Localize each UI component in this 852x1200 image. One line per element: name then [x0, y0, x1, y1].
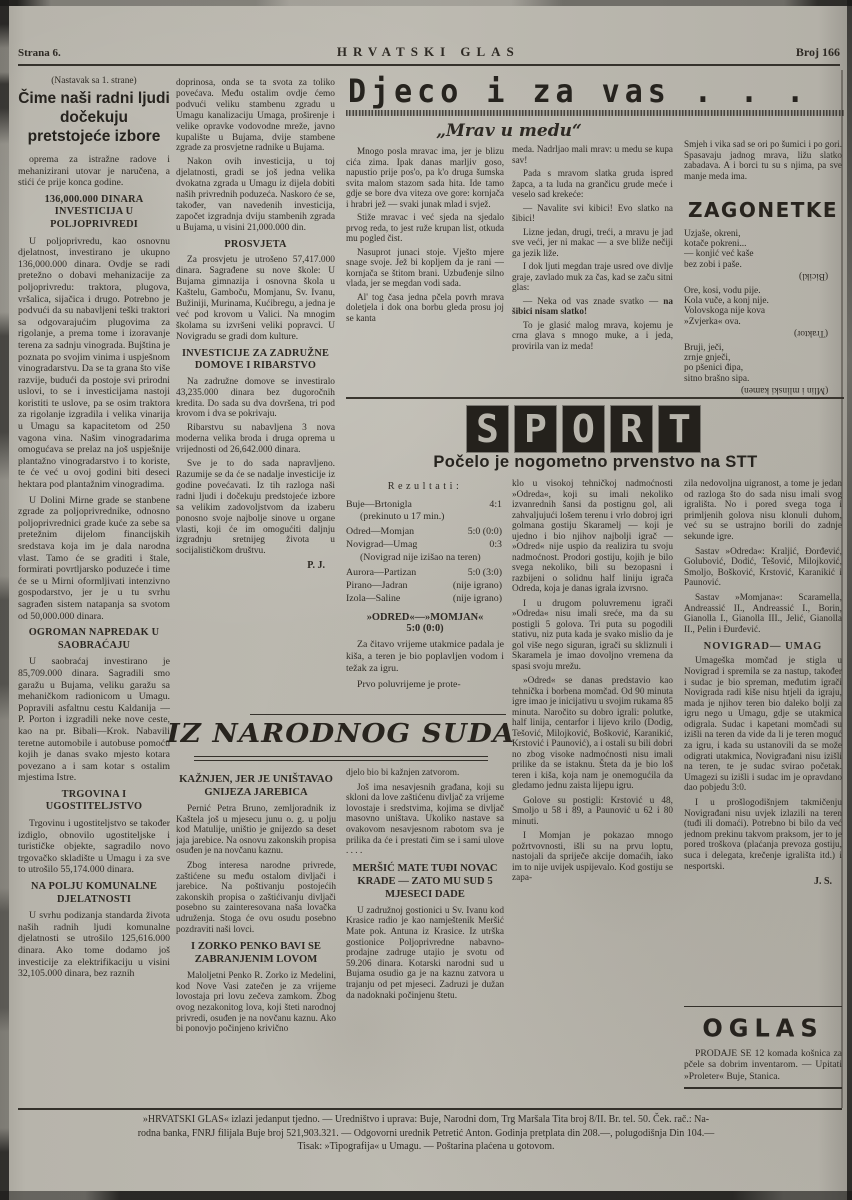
classified-ad: OGLAS PRODAJE SE 12 komada košnica za pč… [684, 1006, 842, 1089]
header-rule [18, 64, 840, 66]
paragraph: Golove su postigli: Krstović u 48, Smolj… [512, 796, 673, 828]
match-score: 5:0 (0:0) [468, 525, 502, 538]
result-row: Odred—Momjan5:0 (0:0) [346, 525, 504, 538]
match-report-score: 5:0 (0:0) [346, 623, 504, 634]
ad-title: OGLAS [684, 1013, 842, 1042]
imprint-line: Tisak: »Tipografija« u Umagu. — Poštarin… [26, 1140, 826, 1154]
paragraph: Trgovinu i ugostiteljstvo se također izd… [18, 818, 170, 876]
scan-edge-top [0, 0, 852, 6]
paragraph: »Odred« se danas predstavio kao tehnička… [512, 676, 673, 792]
riddles-title: ZAGONETKE [684, 198, 842, 222]
title-underline [194, 756, 488, 761]
page-header: Strana 6. HRVATSKI GLAS Broj 166 [18, 44, 840, 60]
riddle-bicikl: Uzjaše, okreni, kotače pokreni... — konj… [684, 229, 842, 281]
riddle-answer-upside-down: (Bicikl) [799, 271, 828, 281]
match-name: Izola—Saline [346, 592, 400, 605]
subheading-saobracaj: OGROMAN NAPREDAK U SAOBRAĆAJU [20, 627, 168, 652]
section-title-djeco: Djeco i za vas . . . [348, 73, 844, 111]
verse: — Navalite svi kibici! Evo slatko na šib… [512, 203, 673, 224]
riddle-line: Bruji, ječi, [684, 343, 842, 353]
riddles-section: ZAGONETKE Uzjaše, okreni, kotače pokreni… [684, 198, 842, 400]
paragraph: Zbog interesa narodne privrede, zaštićen… [176, 861, 336, 935]
verse: Lizne jedan, drugi, treći, a mravu je ja… [512, 227, 673, 259]
continued-note: (Nastavak sa 1. strane) [18, 76, 170, 86]
subheading-jarebice: KAŽNJEN, JER JE UNIŠTAVAO GNIJEZA JAREBI… [176, 773, 336, 799]
story-col3: Smjeh i vika sad se ori po šumici i po g… [684, 139, 842, 184]
sport-letter-box: P [515, 406, 556, 452]
article-elections-col2: doprinosa, onda se ta svota za toliko po… [176, 78, 335, 716]
page-number: Strana 6. [18, 47, 61, 59]
story-col2: meda. Nadrljao mali mrav: u medu se kupa… [512, 144, 673, 396]
result-row: Pirano—Jadran(nije igrano) [346, 579, 504, 592]
newspaper-page: Strana 6. HRVATSKI GLAS Broj 166 (Nastav… [0, 0, 852, 1200]
match-report-title: »ODRED«—»MOMJAN« [346, 612, 504, 623]
article-elections-col1: (Nastavak sa 1. strane) Čime naši radni … [18, 76, 170, 1108]
subheading-novigrad-umag: NOVIGRAD— UMAG [684, 641, 842, 652]
match-score: 4:1 [489, 498, 502, 511]
court-col1: KAŽNJEN, JER JE UNIŠTAVAO GNIJEZA JAREBI… [176, 768, 336, 1108]
author-signature: P. J. [176, 560, 335, 571]
subheading-trgovina: TRGOVINA I UGOSTITELJSTVO [20, 789, 168, 814]
author-signature: J. S. [684, 876, 842, 887]
match-name: Pirano—Jadran [346, 579, 407, 592]
match-score: (nije igrano) [453, 592, 502, 605]
match-score: 5:0 (3:0) [468, 566, 502, 579]
paragraph: Na zadružne domove se investiralo 43,235… [176, 377, 335, 421]
paragraph: doprinosa, onda se ta svota za toliko po… [176, 78, 335, 154]
paragraph: Pernić Petra Bruno, zemljoradnik iz Kašt… [176, 804, 336, 857]
subheading-zadruzni-domovi: INVESTICIJE ZA ZADRUŽNE DOMOVE I RIBARST… [178, 348, 333, 373]
subheading-komunalne: NA POLJU KOMUNALNE DJELATNOSTI [20, 881, 168, 906]
riddle-line: zrnje gnječi, [684, 353, 842, 363]
sport-letter-box: O [563, 406, 604, 452]
riddle-mlin: Bruji, ječi, zrnje gnječi, po pšenici đi… [684, 343, 842, 395]
riddle-line: Ore, kosi, vodu pije. [684, 286, 842, 296]
paragraph: U Dolini Mirne grade se stanbene zgrade … [18, 495, 170, 623]
sport-letter-box: T [659, 406, 700, 452]
riddle-line: kotače pokreni... [684, 239, 842, 249]
subheading-prosvjeta: PROSVJETA [178, 239, 333, 252]
scan-edge-left [0, 0, 9, 1200]
result-note: (Novigrad nije izišao na teren) [346, 552, 504, 564]
verse: meda. Nadrljao mali mrav: u medu se kupa… [512, 144, 673, 165]
result-note: (prekinuto u 17 min.) [346, 511, 504, 523]
sport-letter-box: R [611, 406, 652, 452]
riddle-answer-upside-down: (Mlin i mlinski kamen) [741, 385, 828, 395]
page-edge-line [841, 70, 843, 1108]
ad-rule [684, 1087, 842, 1088]
riddle-line: bez zobi i paše. [684, 260, 842, 270]
scan-edge-bottom [0, 1191, 852, 1200]
subheading-mersic-mate: MERŠIĆ MATE TUĐI NOVAC KRADE — ZATO MU S… [346, 862, 504, 901]
riddle-line: po pšenici đipa, [684, 363, 842, 373]
sport-results-col: Rezultati: Buje—Brtonigla4:1 (prekinuto … [346, 479, 504, 712]
paragraph: U svrhu podizanja standarda života naših… [18, 910, 170, 980]
paragraph: Još ima nesavjesnih građana, koji su skl… [346, 783, 504, 857]
paragraph: Umageška momčad je stigla u Novigrad i s… [684, 656, 842, 794]
paragraph: Za čitavo vrijeme utakmice padala je kiš… [346, 639, 504, 674]
result-row: Novigrad—Umag0:3 [346, 538, 504, 551]
paragraph: U zadružnoj gostionici u Sv. Ivanu kod K… [346, 906, 504, 1001]
imprint-line: rodna banka, FNRJ filijala Buje broj 521… [26, 1127, 826, 1141]
verse: Pada s mravom slatka gruda ispred žapca,… [512, 168, 673, 200]
verse: Mnogo posla mravac ima, jer je blizu cić… [346, 146, 504, 209]
team-lineup: Sastav »Momjana«: Scaramella, Andreassić… [684, 593, 842, 635]
paragraph: I u drugom poluvremenu igrači »Odreda« n… [512, 599, 673, 673]
imprint-line: »HRVATSKI GLAS« izlazi jedanput tjedno. … [26, 1113, 826, 1127]
court-col2: djelo bio bi kažnjen zatvorom. Još ima n… [346, 768, 504, 1108]
article-elections-title: Čime naši radni ljudi dočekuju pretstoje… [18, 89, 170, 146]
verse: Smjeh i vika sad se ori po šumici i po g… [684, 139, 842, 181]
result-row: Izola—Saline(nije igrano) [346, 592, 504, 605]
sport-report-col3: zila nedovoljna uigranost, a tome je jed… [684, 479, 842, 1005]
sport-report-col2: klo u visokoj tehničkoj nadmoćnosti »Odr… [512, 479, 673, 1107]
masthead-title: HRVATSKI GLAS [337, 44, 520, 60]
subheading-investicije-poljoprivreda: 136,000.000 DINARA INVESTICIJA U POLJOPR… [20, 194, 168, 232]
result-row: Buje—Brtonigla4:1 [346, 498, 504, 511]
riddle-line: Kola vuče, a konj nije. [684, 296, 842, 306]
match-name: Buje—Brtonigla [346, 498, 412, 511]
match-name: Novigrad—Umag [346, 538, 417, 551]
paragraph: Maloljetni Penko R. Zorko iz Medelini, k… [176, 971, 336, 1035]
section-divider [250, 714, 506, 715]
paragraph: klo u visokoj tehničkoj nadmoćnosti »Odr… [512, 479, 673, 595]
issue-number: Broj 166 [796, 45, 840, 60]
match-score: (nije igrano) [453, 579, 502, 592]
paragraph: djelo bio bi kažnjen zatvorom. [346, 768, 504, 779]
riddle-line: »Zvjerka« ova. [684, 317, 842, 327]
result-row: Aurora—Partizan5:0 (3:0) [346, 566, 504, 579]
verse: — Neka od vas znade svatko — na šibici n… [512, 296, 673, 317]
match-name: Odred—Momjan [346, 525, 414, 538]
scan-edge-right [847, 0, 852, 1200]
riddle-line: — konjić već kaše [684, 249, 842, 259]
match-name: Aurora—Partizan [346, 566, 416, 579]
paragraph: U poljoprivredu, kao osnovnu djelatnost,… [18, 236, 170, 491]
verse: To je glasić malog mrava, kojemu je crna… [512, 320, 673, 352]
court-section-title: IZ NARODNOG SUDA [166, 719, 516, 749]
sport-letter-box: S [467, 406, 508, 452]
paragraph: Za prosvjetu je utrošeno 57,417.000 dina… [176, 255, 335, 342]
subheading-zorko-penko: I ZORKO PENKO BAVI SE ZABRANJENIM LOVOM [176, 940, 336, 966]
riddle-line: Volovskoga nije kova [684, 306, 842, 316]
footer-rule [18, 1108, 842, 1110]
riddle-answer-upside-down: (Traktor) [794, 328, 828, 338]
paragraph: zila nedovoljna uigranost, a tome je jed… [684, 479, 842, 543]
paragraph: Nakon ovih investicija, u toj djelatnost… [176, 157, 335, 233]
verse: Nasuprot junaci stoje. Vješto mjere snag… [346, 247, 504, 289]
riddle-line: sitno brašno sipa. [684, 374, 842, 384]
paragraph: Sve je to do sada napravljeno. Razumije … [176, 459, 335, 557]
verse-text: — Neka od vas znade svatko — [523, 296, 658, 306]
story-col1: Mnogo posla mravac ima, jer je blizu cić… [346, 146, 504, 394]
riddle-traktor: Ore, kosi, vodu pije. Kola vuče, a konj … [684, 286, 842, 338]
team-lineup: Sastav »Odreda«: Kraljić, Đorđević, Golu… [684, 547, 842, 589]
paragraph: Ribarstvu su nabavljena 3 nova moderna v… [176, 423, 335, 456]
imprint: »HRVATSKI GLAS« izlazi jedanput tjedno. … [26, 1113, 826, 1154]
section-divider [346, 397, 844, 399]
verse: Stiže mravac i već sjeda na sjedalo prvo… [346, 212, 504, 244]
verse: I dok ljuti megdan traje usred ove divlj… [512, 261, 673, 293]
paragraph: I u prošlogodišnjem takmičenju Novigrađa… [684, 798, 842, 872]
verse: Al' tog časa jedna pčela povrh mrava dol… [346, 292, 504, 324]
ad-text: PRODAJE SE 12 komada košnica za pčele sa… [684, 1048, 842, 1082]
results-label: Rezultati: [346, 481, 504, 492]
sport-section-title: S P O R T [467, 406, 700, 452]
paragraph: Prvo poluvrijeme je prote- [346, 679, 504, 691]
story-title-mrav-u-medu: „Mrav u medu“ [346, 121, 672, 141]
paragraph: U saobraćaj investirano je 85,709.000 di… [18, 656, 170, 784]
decorative-hatch-rule [346, 110, 844, 116]
sport-headline: Počelo je nogometno prvenstvo na STT [346, 453, 845, 472]
paragraph: oprema za istražne radove i mehanizirani… [18, 154, 170, 189]
riddle-line: Uzjaše, okreni, [684, 229, 842, 239]
match-score: 0:3 [489, 538, 502, 551]
paragraph: I Momjan je pokazao mnogo požrtvovnosti,… [512, 831, 673, 884]
